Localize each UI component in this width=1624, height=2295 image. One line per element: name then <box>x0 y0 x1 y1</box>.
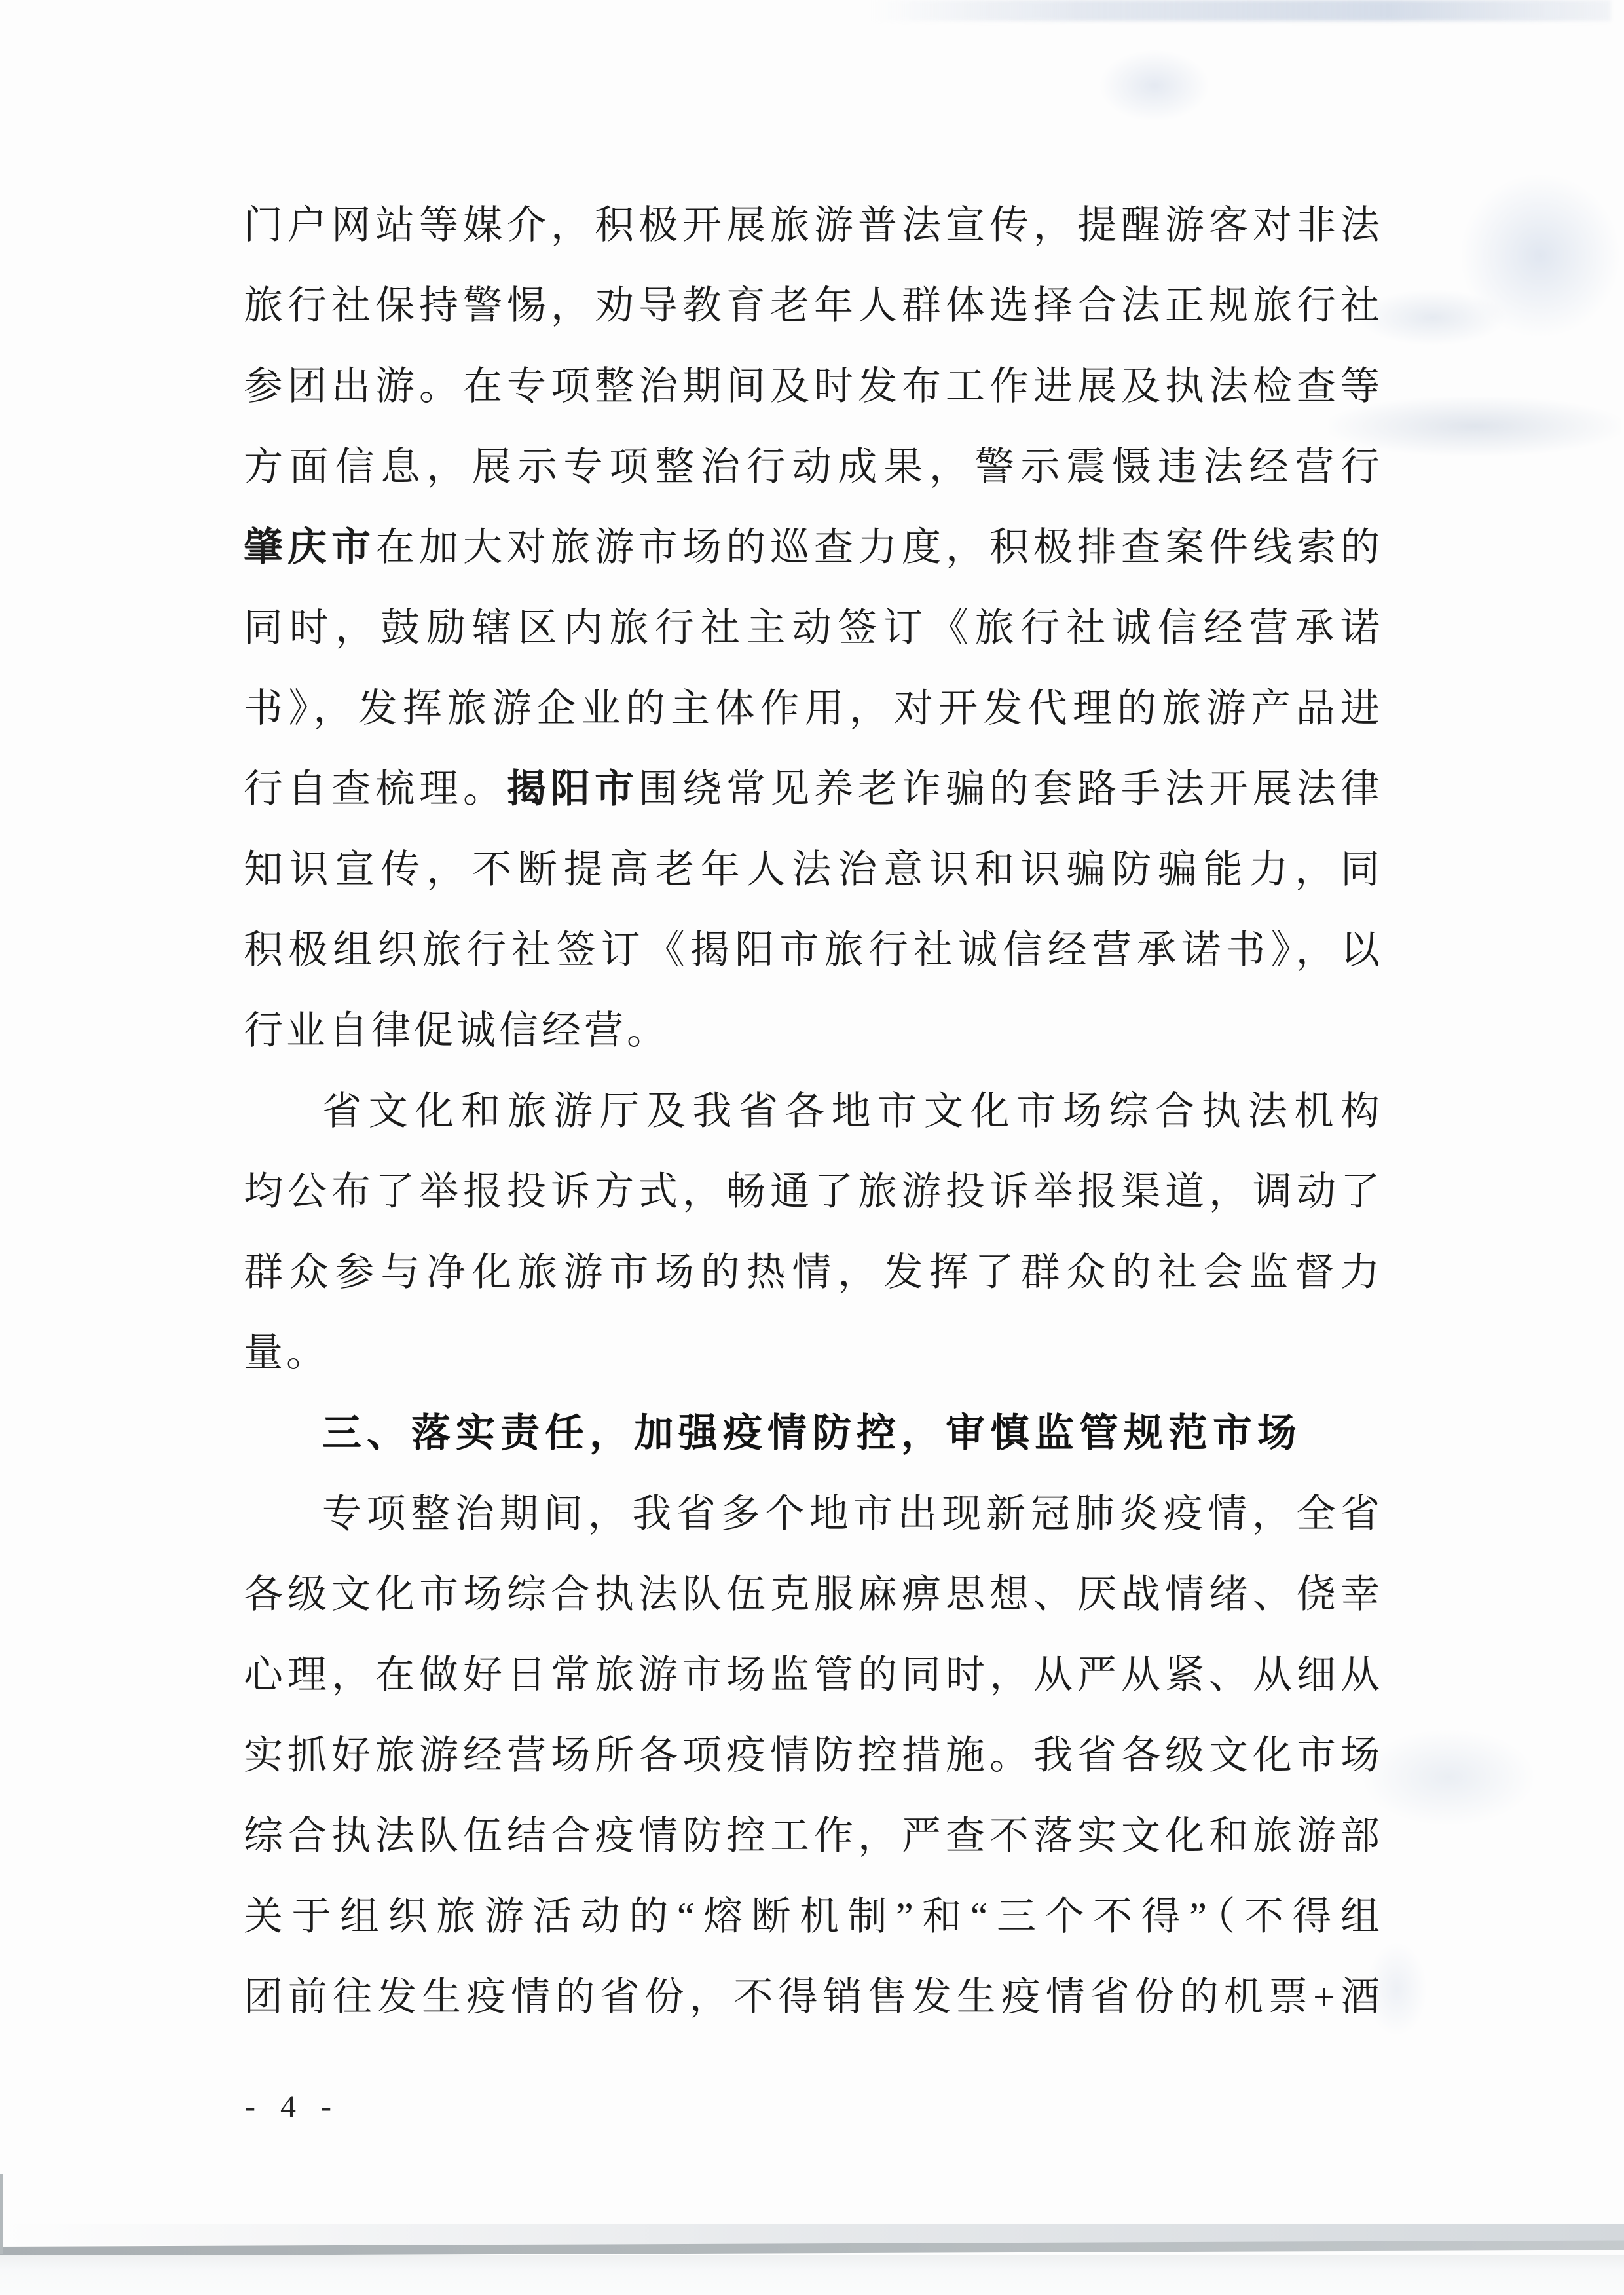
line-text: 参团出游。在专项整治期间及时发布工作进展及执法检查等 <box>244 365 1383 408</box>
line-text: 实抓好旅游经营场所各项疫情防控措施。我省各级文化市场 <box>244 1734 1383 1777</box>
line-text: 行自查梳理。 <box>244 767 507 811</box>
scan-artifact-blotch <box>1099 50 1210 122</box>
line-text: 量。 <box>244 1331 329 1374</box>
scanned-document-page: { "doc": { "lines": [ { "pre": "门户网站等媒介，… <box>0 0 1624 2295</box>
text-line: 知识宣传，不断提高老年人法治意识和识骗防骗能力，同时， <box>244 830 1383 910</box>
text-line: 行自查梳理。揭阳市围绕常见养老诈骗的套路手法开展法律 <box>244 749 1383 830</box>
page-number: - 4 - <box>245 2089 340 2125</box>
text-line: 同时，鼓励辖区内旅行社主动签订《旅行社诚信经营承诺 <box>244 588 1383 669</box>
section-heading: 三、落实责任，加强疫情防控，审慎监管规范市场 <box>244 1393 1383 1474</box>
text-line: 各级文化市场综合执法队伍克服麻痹思想、厌战情绪、侥幸 <box>244 1554 1383 1635</box>
line-text: 方面信息，展示专项整治行动成果，警示震慑违法经营行为。 <box>244 445 1383 507</box>
text-line: 参团出游。在专项整治期间及时发布工作进展及执法检查等 <box>244 346 1383 427</box>
line-text: 同时，鼓励辖区内旅行社主动签订《旅行社诚信经营承诺 <box>244 606 1383 650</box>
text-line: 书》，发挥旅游企业的主体作用，对开发代理的旅游产品进 <box>244 669 1383 749</box>
line-text: 心理，在做好日常旅游市场监管的同时，从严从紧、从细从 <box>244 1653 1383 1697</box>
text-line-paragraph-start: 省文化和旅游厅及我省各地市文化市场综合执法机构 <box>244 1071 1383 1152</box>
text-line: 量。 <box>244 1313 1383 1393</box>
scan-artifact-blotch <box>1462 175 1619 336</box>
text-line: 关于组织旅游活动的“熔断机制”和“三个不得”（不得组 <box>244 1877 1383 1957</box>
scanner-background <box>0 2255 1624 2295</box>
text-line: 心理，在做好日常旅游市场监管的同时，从严从紧、从细从 <box>244 1635 1383 1716</box>
line-text: 行业自律促诚信经营。 <box>244 1009 669 1052</box>
line-text: 旅行社保持警惕，劝导教育老年人群体选择合法正规旅行社 <box>244 284 1383 327</box>
scan-edge-highlight <box>0 2224 1624 2245</box>
text-line: 旅行社保持警惕，劝导教育老年人群体选择合法正规旅行社 <box>244 266 1383 346</box>
document-page: 门户网站等媒介，积极开展旅游普法宣传，提醒游客对非法 旅行社保持警惕，劝导教育老… <box>0 0 1624 2256</box>
text-line: 群众参与净化旅游市场的热情，发挥了群众的社会监督力 <box>244 1232 1383 1313</box>
line-text: 省文化和旅游厅及我省各地市文化市场综合执法机构 <box>322 1090 1383 1133</box>
line-text: 积极组织旅行社签订《揭阳市旅行社诚信经营承诺书》，以 <box>244 928 1383 972</box>
text-line: 均公布了举报投诉方式，畅通了旅游投诉举报渠道，调动了 <box>244 1152 1383 1232</box>
text-line: 门户网站等媒介，积极开展旅游普法宣传，提醒游客对非法 <box>244 185 1383 266</box>
line-text-bold-city-jieyang: 揭阳市 <box>507 767 638 811</box>
text-line: 综合执法队伍结合疫情防控工作，严查不落实文化和旅游部 <box>244 1796 1383 1877</box>
line-text: 书》，发挥旅游企业的主体作用，对开发代理的旅游产品进 <box>244 687 1383 730</box>
line-text: 均公布了举报投诉方式，畅通了旅游投诉举报渠道，调动了 <box>244 1170 1383 1213</box>
line-text: 团前往发生疫情的省份，不得销售发生疫情省份的机票+酒 <box>244 1975 1383 2019</box>
text-line: 行业自律促诚信经营。 <box>244 991 1383 1071</box>
scan-artifact-blotch <box>1363 1730 1534 1825</box>
line-text: 综合执法队伍结合疫情防控工作，严查不落实文化和旅游部 <box>244 1814 1383 1858</box>
text-line: 实抓好旅游经营场所各项疫情防控措施。我省各级文化市场 <box>244 1716 1383 1796</box>
scan-artifact-top-streak <box>871 0 1611 21</box>
document-body: 门户网站等媒介，积极开展旅游普法宣传，提醒游客对非法 旅行社保持警惕，劝导教育老… <box>244 185 1383 2038</box>
text-line: 方面信息，展示专项整治行动成果，警示震慑违法经营行为。 <box>244 427 1383 507</box>
text-line: 肇庆市在加大对旅游市场的巡查力度，积极排查案件线索的 <box>244 507 1383 588</box>
section-heading-text: 三、落实责任，加强疫情防控，审慎监管规范市场 <box>322 1412 1302 1455</box>
line-text: 各级文化市场综合执法队伍克服麻痹思想、厌战情绪、侥幸 <box>244 1573 1383 1616</box>
text-line-paragraph-start: 专项整治期间，我省多个地市出现新冠肺炎疫情，全省 <box>244 1474 1383 1554</box>
scan-edge-shadow <box>0 2240 1624 2256</box>
line-text: 门户网站等媒介，积极开展旅游普法宣传，提醒游客对非法 <box>244 204 1383 247</box>
scan-edge-left-line <box>0 2174 3 2254</box>
line-text: 关于组织旅游活动的“熔断机制”和“三个不得”（不得组 <box>244 1895 1383 1938</box>
line-text: 在加大对旅游市场的巡查力度，积极排查案件线索的 <box>375 526 1383 569</box>
line-text: 专项整治期间，我省多个地市出现新冠肺炎疫情，全省 <box>322 1492 1383 1535</box>
text-line: 积极组织旅行社签订《揭阳市旅行社诚信经营承诺书》，以 <box>244 910 1383 991</box>
line-text-bold-city-zhaoqing: 肇庆市 <box>244 526 375 569</box>
line-text: 围绕常见养老诈骗的套路手法开展法律 <box>638 767 1383 811</box>
line-text: 知识宣传，不断提高老年人法治意识和识骗防骗能力，同时， <box>244 848 1383 910</box>
text-line: 团前往发生疫情的省份，不得销售发生疫情省份的机票+酒 <box>244 1957 1383 2038</box>
line-text: 群众参与净化旅游市场的热情，发挥了群众的社会监督力 <box>244 1251 1383 1294</box>
